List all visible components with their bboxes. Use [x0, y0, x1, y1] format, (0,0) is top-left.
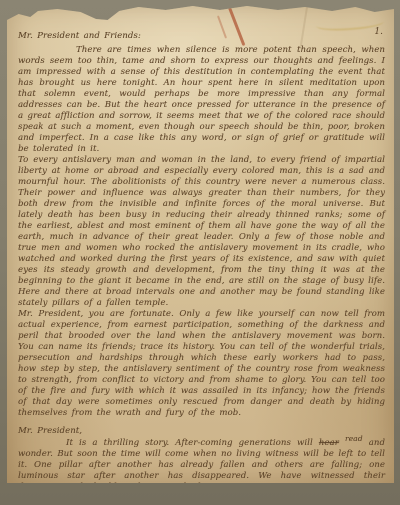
salutation-line: Mr. President and Friends:: [18, 31, 385, 42]
struck-word: hear: [319, 438, 339, 448]
photo-background: 1. Mr. President and Friends: There are …: [0, 0, 400, 505]
manuscript-page: 1. Mr. President and Friends: There are …: [7, 3, 394, 483]
paragraph-3: Mr. President, you are fortunate. Only a…: [18, 309, 385, 419]
paragraph-2: To every antislavery man and woman in th…: [18, 155, 385, 309]
inserted-word: read: [345, 434, 363, 443]
manuscript-text: Mr. President and Friends: There are tim…: [18, 31, 385, 493]
closing-text-before: It is a thrilling story. After-coming ge…: [66, 438, 319, 448]
paragraph-1: There are times when silence is more pot…: [18, 45, 385, 155]
paragraph-4: It is a thrilling story. After-coming ge…: [18, 437, 385, 493]
closing-block: Mr. President, It is a thrilling story. …: [18, 426, 385, 493]
closing-salutation-line: Mr. President,: [18, 426, 385, 437]
